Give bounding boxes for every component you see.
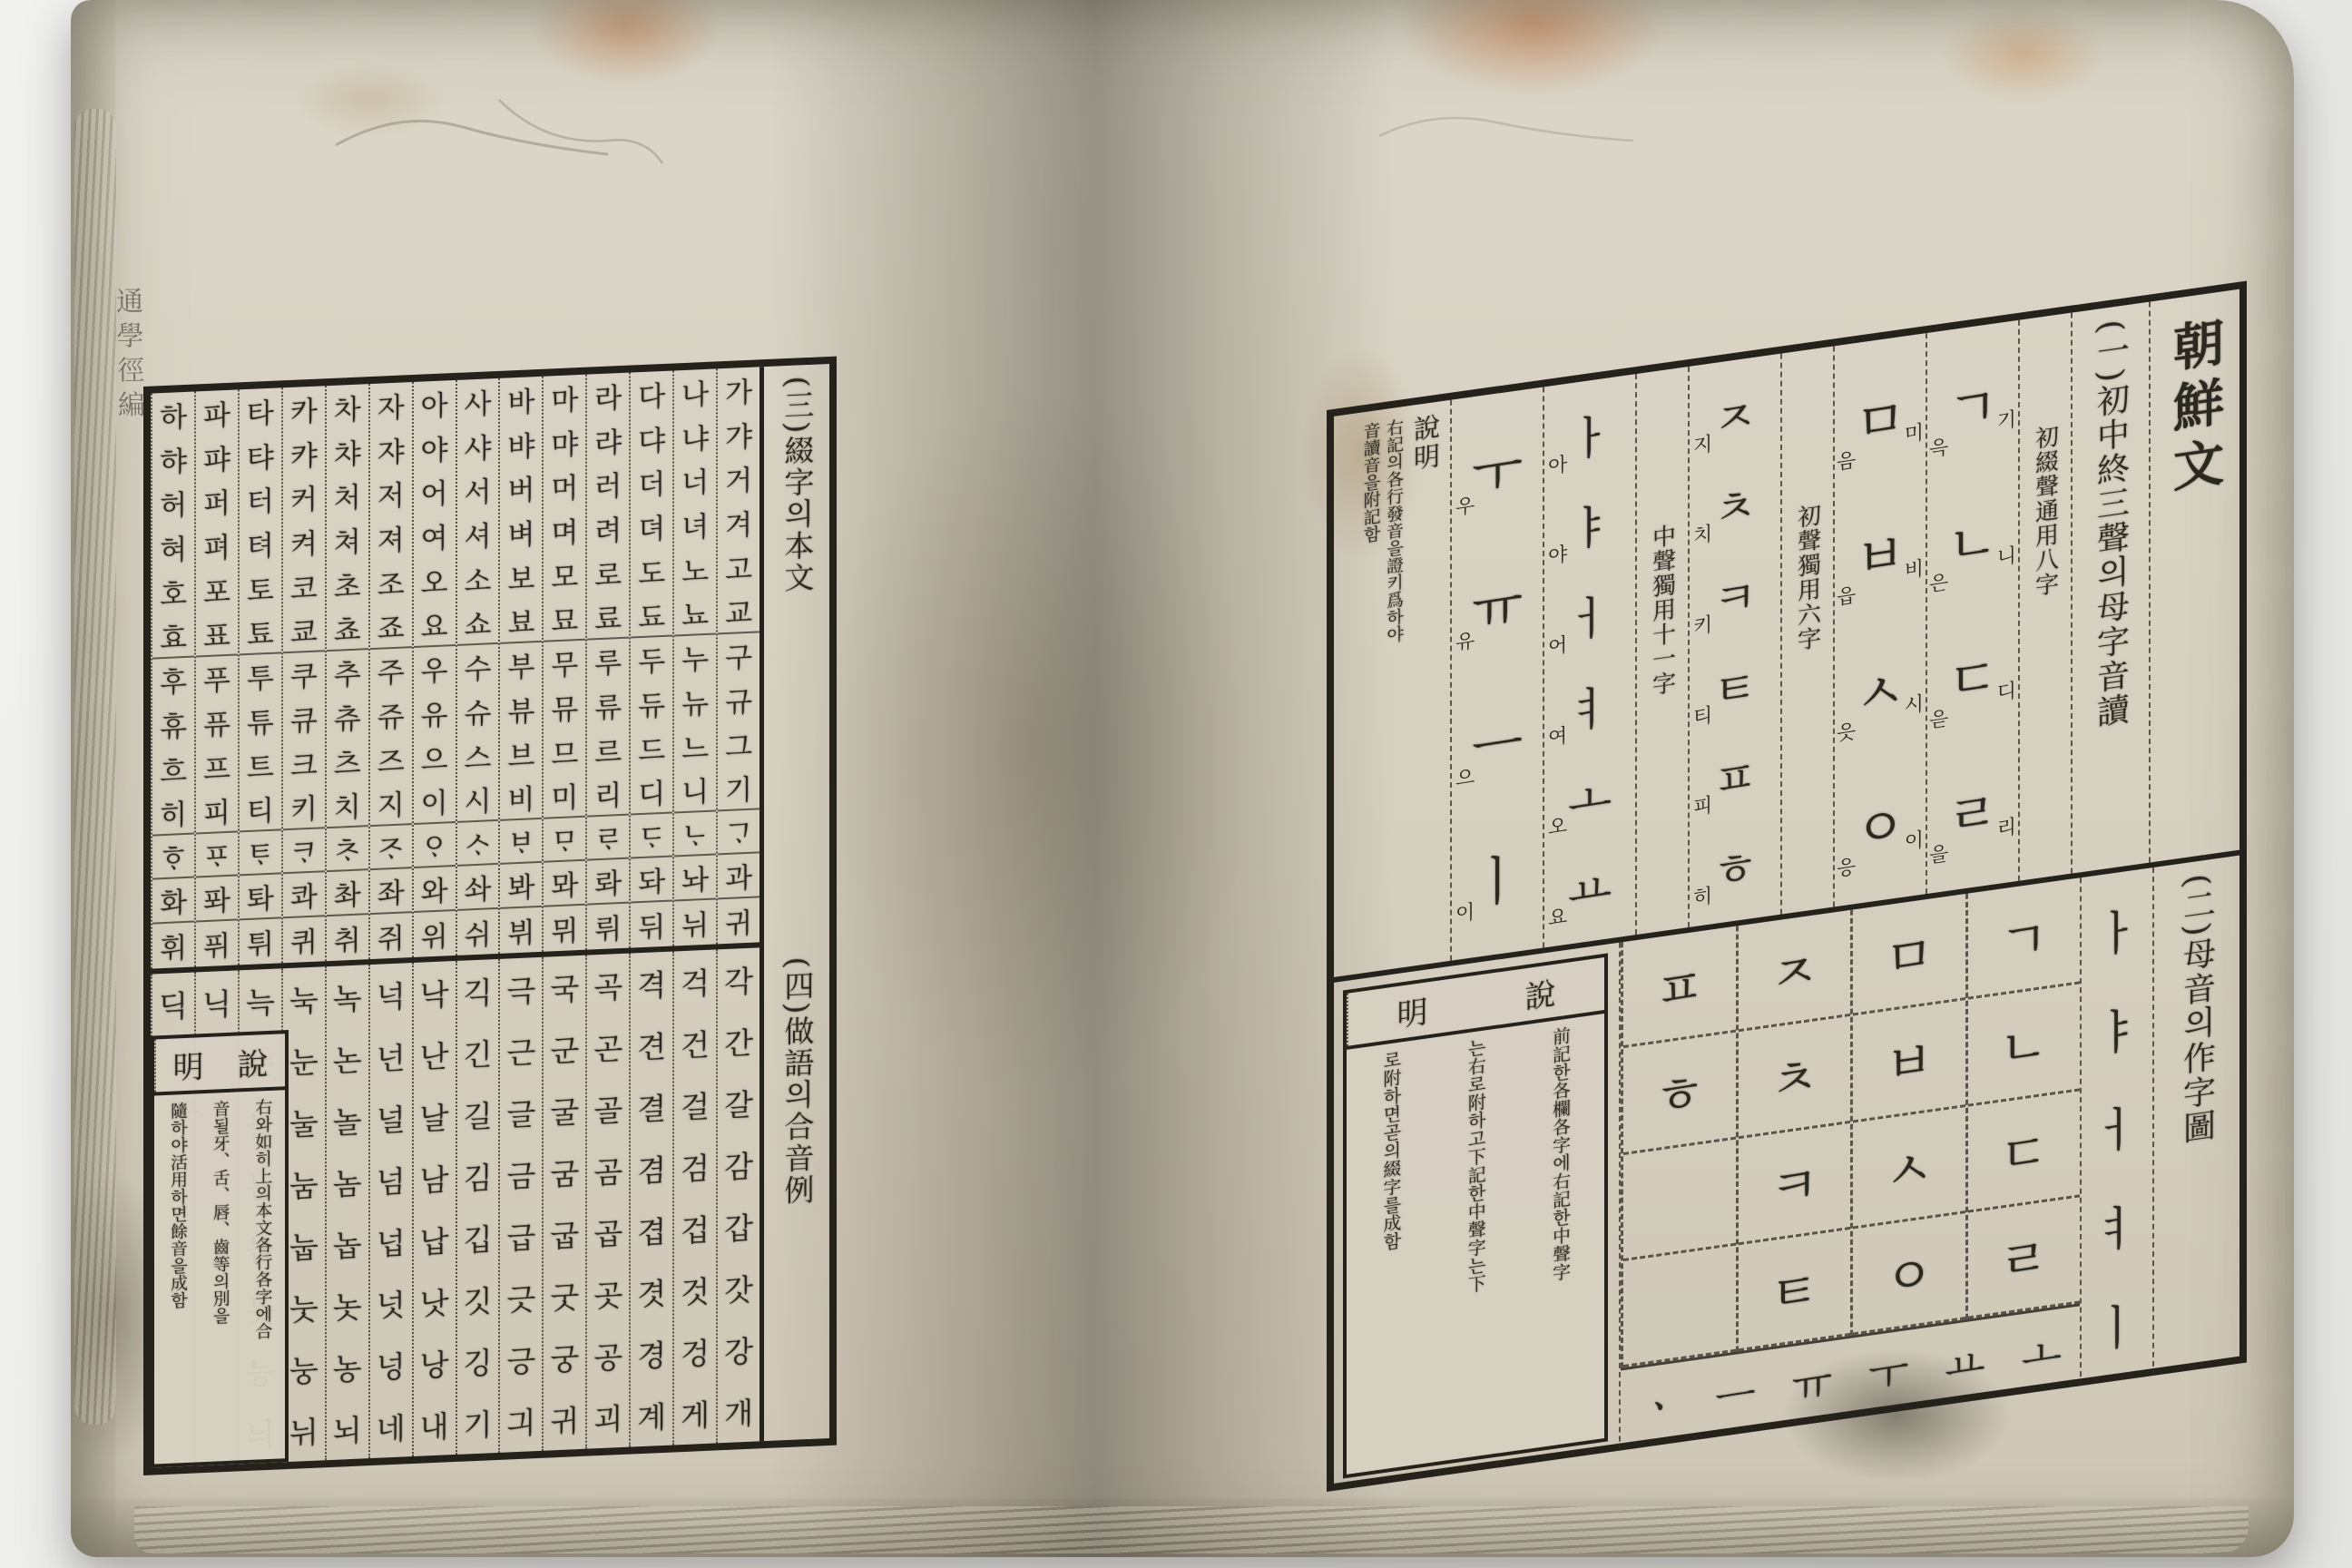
letter-with-name: ㅇ 이 응 (1835, 750, 1926, 898)
syllable-table: 가 갸 거 겨 고 교 구 (151, 367, 759, 968)
cluster-cell: 국 (544, 955, 585, 1019)
syllable-column: 자 쟈 저 져 조 죠 주 (368, 382, 412, 959)
syllable-cell: 돠 (631, 857, 672, 904)
note-box-header: 說 明 (154, 1034, 285, 1095)
vowel-glyph: ㅛ (1568, 851, 1612, 923)
syllable-cell: 벼 (500, 509, 542, 555)
syllable-cell: 퍼 (196, 478, 238, 524)
horizontal-vowel: ㅠ (1774, 1338, 1850, 1429)
syllable-cell: 쿄 (283, 607, 325, 653)
note-header-right: 說 (220, 1034, 285, 1089)
syllable-cell: 쿠 (283, 652, 325, 698)
syllable-cell: 후 (152, 657, 194, 703)
horizontal-vowel: ㅗ (2004, 1306, 2080, 1396)
cluster-cell: 걸 (674, 1073, 716, 1136)
vowel-with-name: ㅑ 야 (1544, 474, 1635, 577)
syllable-cell: ᄂᆞ (674, 811, 716, 857)
syllable-cell: 티 (240, 786, 281, 832)
syllable-cell: 큐 (283, 696, 325, 742)
note-line: 右記의各行發音을證키爲하야 (1385, 417, 1402, 959)
letters-column-giyeok-rieul: ㄱ 기 윽 ㄴ 니 은 ㄷ 디 읃 (1926, 320, 2018, 894)
syllable-cell: 뉘 (674, 900, 716, 946)
cluster-cell: 개 (718, 1379, 759, 1443)
syllable-cell: 퓌 (196, 921, 238, 967)
syllable-cell: ᄋᆞ (414, 823, 456, 869)
syllable-column: 카 캬 커 켜 코 쿄 쿠 (281, 386, 325, 963)
syllable-cell: 커 (283, 475, 325, 521)
syllable-cell: 부 (500, 642, 542, 688)
grid-consonant-cell: ㅌ (1739, 1230, 1851, 1352)
cluster-column: 격 견 결 겸 겹 겻 경 (629, 952, 672, 1447)
syllable-cell: 휴 (152, 701, 194, 748)
cluster-cell: 뇌 (327, 1396, 368, 1460)
syllable-cell: 위 (414, 911, 456, 957)
syllable-cell: 허 (152, 480, 194, 526)
letter-with-name: ㄴ 니 은 (1927, 465, 2018, 613)
cluster-cell: 굿 (544, 1264, 585, 1328)
grid-consonant-cell: ㅈ (1739, 910, 1851, 1033)
syllable-column: 나 냐 너 녀 노 뇨 누 (672, 368, 716, 946)
vowel-with-name: ㅗ 오 (1544, 745, 1635, 848)
letter-name-first: 시 (1905, 689, 1924, 720)
cluster-cell: 겸 (631, 1137, 672, 1200)
syllable-cell: 으 (414, 734, 456, 780)
cluster-cell: 겁 (674, 1196, 716, 1259)
cluster-cell: 긴 (457, 1021, 499, 1084)
syllable-cell: 머 (544, 463, 585, 509)
syllable-cell: 오 (414, 557, 456, 603)
cluster-cell: 금 (500, 1142, 542, 1206)
syllable-cell: 쵸 (327, 605, 368, 652)
vertical-vowel: ㅣ (2082, 1269, 2152, 1378)
syllable-cell: 툐 (240, 609, 281, 655)
syllable-cell: 뒤 (631, 902, 672, 948)
pencil-scribbles-right (1343, 54, 1706, 200)
syllable-cell: 촤 (327, 871, 368, 917)
syllable-cell: 가 (718, 367, 759, 413)
syllable-cell: 차 (327, 384, 368, 430)
cluster-cell: 딕 (152, 973, 194, 1036)
note-line: 音될牙、舌、唇、齒等의別을 (211, 1100, 228, 1455)
syllable-cell: 쳐 (327, 516, 368, 563)
syllable-cell: 다 (631, 371, 672, 417)
cluster-cell: 괴 (587, 1386, 629, 1449)
syllable-cell: ᄌᆞ (370, 825, 412, 871)
syllable-cell: ᄆᆞ (544, 817, 585, 863)
cluster-cell: 낫 (414, 1269, 456, 1333)
letter-name: 지 (1693, 428, 1712, 459)
syllable-cell: 저 (370, 471, 412, 517)
letter-glyph: ㅅ (1855, 646, 1906, 730)
letter-name-first: 리 (1997, 811, 2016, 842)
cluster-cell: 귀 (544, 1387, 585, 1451)
syllable-cell: ᄑᆞ (196, 832, 238, 878)
cluster-cell: 난 (414, 1023, 456, 1086)
syllable-cell: 갸 (718, 411, 759, 457)
cluster-cell: 극 (500, 957, 542, 1021)
page-stack-bottom-edge (134, 1506, 2249, 1553)
syllable-cell: 져 (370, 514, 412, 561)
syllable-cell: 파 (196, 389, 238, 436)
syllable-column: 바 뱌 버 벼 보 뵤 부 (498, 377, 542, 954)
syllable-cell: 뮈 (544, 906, 585, 952)
syllable-cell: 러 (587, 461, 629, 507)
syllable-cell: 우 (414, 646, 456, 692)
syllable-cell: 취 (327, 915, 368, 961)
cluster-cell: 납 (414, 1208, 456, 1271)
cluster-cell: 격 (631, 952, 672, 1015)
cluster-cell: 널 (370, 1086, 412, 1150)
syllable-cell: 미 (544, 773, 585, 819)
syllable-cell: 피 (196, 788, 238, 834)
syllable-cell: 화 (152, 878, 194, 925)
letter-with-name: ㅅ 시 읏 (1835, 613, 1926, 762)
grid-consonant-cell: ㄴ (1968, 985, 2081, 1107)
syllable-cell: 마 (544, 375, 585, 421)
syllable-cell: 디 (631, 769, 672, 815)
syllable-cell: 뉴 (674, 679, 716, 725)
syllable-cell: 튀 (240, 919, 281, 965)
vowel-glyph: ㅣ (1472, 836, 1523, 919)
section-four-title: (四)做語의合音例 (781, 956, 813, 1207)
syllable-cell: 먀 (544, 418, 585, 465)
syllable-cell: 라 (587, 373, 629, 419)
syllable-cell: 추 (327, 650, 368, 696)
vowel-name: 유 (1455, 625, 1475, 656)
left-page-edge-title: 通學徑編 (106, 287, 149, 426)
cluster-cell: 것 (674, 1258, 716, 1321)
cluster-cell: 깃 (457, 1268, 499, 1331)
syllable-cell: 시 (457, 777, 499, 823)
syllable-cell: 봐 (500, 863, 542, 909)
cluster-cell: 놈 (327, 1150, 368, 1213)
letter-name-first: 비 (1905, 553, 1924, 583)
syllable-cell: 튜 (240, 698, 281, 744)
vowel-name: 오 (1548, 810, 1567, 841)
syllable-cell: 르 (587, 727, 629, 773)
syllable-cell: 샤 (457, 423, 499, 469)
cluster-cell: 긍 (500, 1328, 542, 1391)
syllable-cell: 요 (414, 602, 456, 648)
syllable-cell: 탸 (240, 432, 281, 478)
cluster-cell: 눌 (283, 1090, 325, 1153)
cluster-cell: 네 (370, 1395, 412, 1458)
syllable-cell: 쥬 (370, 691, 412, 738)
right-page-table: 朝鮮文 (一)初中終三聲의母字音讀 初綴聲通用八字 ㄱ 기 윽 ㄴ (1327, 280, 2247, 1492)
cluster-column: 낙 난 날 남 납 낫 낭 (412, 961, 456, 1456)
syllable-cell: ᄎᆞ (327, 827, 368, 873)
grid-consonant-cell: ㅊ (1739, 1016, 1851, 1139)
syllable-cell: 펴 (196, 523, 238, 569)
grid-column: ㅈ ㅊ ㅋ ㅌ (1736, 910, 1851, 1352)
horizontal-vowel: ㆍ (1621, 1360, 1697, 1451)
vowel-glyph: ㅜ (1472, 428, 1523, 512)
note-line: 隨하야活用하면餘音을成함 (169, 1102, 186, 1456)
group-initial-only-label: 初聲獨用六字 (1791, 348, 1825, 913)
section-two-heading-column: (二)母音의作字圖 (2152, 856, 2239, 1376)
note-header: 說明 (1407, 412, 1445, 956)
cluster-cell: 넉 (370, 963, 412, 1026)
syllable-cell: 투 (240, 653, 281, 700)
syllable-cell: 뤼 (587, 904, 629, 950)
letter-glyph: ㅊ (1713, 469, 1757, 541)
horizontal-vowel: ㅜ (1850, 1328, 1926, 1418)
syllable-cell: 어 (414, 469, 456, 515)
cluster-cell: 겅 (674, 1319, 716, 1383)
cluster-cell: 군 (544, 1017, 585, 1081)
cluster-cell: 갑 (718, 1194, 759, 1258)
cluster-cell: 걱 (674, 949, 716, 1013)
cluster-cell: 급 (500, 1204, 542, 1268)
letter-name: 피 (1693, 790, 1712, 821)
syllable-cell: 하 (152, 392, 194, 438)
syllable-column: 차 챠 처 쳐 초 쵸 추 (325, 384, 368, 961)
letter-name-first: 이 (1905, 824, 1924, 855)
vowel-glyph: ㅕ (1568, 671, 1612, 742)
syllable-cell: 노 (674, 546, 716, 593)
vowel-with-name: ㅛ 요 (1544, 836, 1635, 939)
syllable-cell: 와 (414, 867, 456, 913)
cluster-cell: 눅 (283, 966, 325, 1030)
syllable-cell: 푸 (196, 655, 238, 701)
cluster-cell: 농 (327, 1335, 368, 1398)
syllable-cell: ᄉᆞ (457, 821, 499, 867)
grid-consonant-cell: ㅍ (1623, 926, 1736, 1049)
cluster-cell: 곤 (587, 1015, 629, 1079)
syllable-cell: 죠 (370, 603, 412, 650)
grid-consonant-cell: ㄷ (1968, 1091, 2081, 1213)
cluster-cell: 넘 (370, 1148, 412, 1211)
letter-name-first: 니 (1997, 540, 2016, 571)
vertical-vowel: ㅑ (2082, 974, 2152, 1083)
syllable-cell: 이 (414, 779, 456, 825)
cluster-cell: 갈 (718, 1071, 759, 1134)
vowel-glyph: ㅗ (1568, 760, 1612, 832)
letter-name: 히 (1693, 880, 1712, 911)
cluster-cell: 검 (674, 1134, 716, 1198)
syllable-cell: 콰 (283, 873, 325, 919)
letter-glyph: ㅍ (1713, 740, 1757, 812)
syllable-cell: 혀 (152, 524, 194, 571)
cluster-cell: 눈 (283, 1028, 325, 1092)
grid-consonant-cell: ㅎ (1623, 1033, 1736, 1155)
vertical-vowel: ㅕ (2082, 1171, 2152, 1279)
grid-consonant-cell: ㅂ (1853, 1000, 1965, 1122)
letter-glyph: ㄷ (1947, 633, 1998, 717)
syllable-cell: 더 (631, 459, 672, 505)
syllable-cell: 여 (414, 513, 456, 559)
cluster-cell: 굽 (544, 1202, 585, 1266)
cluster-cell: 날 (414, 1084, 456, 1148)
cluster-cell: 낭 (414, 1331, 456, 1395)
letter-glyph: ㄱ (1947, 362, 1998, 446)
cluster-cell: 닉 (196, 970, 238, 1034)
vertical-vowel: ㅏ (2082, 875, 2152, 984)
syllable-cell: 거 (718, 456, 759, 502)
cluster-cell: 공 (587, 1324, 629, 1387)
syllable-cell: 타 (240, 387, 281, 434)
vowel-with-name: ㅕ 여 (1544, 654, 1635, 758)
syllable-cell: 유 (414, 690, 456, 736)
syllable-cell: 뎌 (631, 504, 672, 550)
cluster-cell: 내 (414, 1393, 456, 1456)
syllable-cell: 크 (283, 740, 325, 786)
syllable-cell: 리 (587, 771, 629, 818)
cluster-table: 각 간 갈 감 갑 갓 강 (151, 942, 759, 1467)
syllable-cell: 댜 (631, 415, 672, 461)
letter-with-name: ㄷ 디 읃 (1927, 601, 2018, 750)
vowel-name: 여 (1548, 720, 1567, 750)
syllable-cell: 뱌 (500, 421, 542, 467)
vowel-glyph: ㅑ (1568, 489, 1612, 561)
cluster-cell: 깅 (457, 1329, 499, 1393)
cluster-cell: 골 (587, 1077, 629, 1141)
cluster-cell: 굼 (544, 1141, 585, 1204)
cluster-cell: 계 (631, 1384, 672, 1447)
cluster-cell: 눔 (283, 1151, 325, 1215)
syllable-cell: 너 (674, 457, 716, 504)
vowel-name: 으 (1455, 761, 1475, 792)
syllable-cell: 두 (631, 636, 672, 682)
syllable-cell: 로 (587, 550, 629, 596)
syllable-cell: 흐 (152, 746, 194, 792)
note-line: 音讀音을附記함 (1361, 421, 1378, 963)
syllable-cell: 놔 (674, 856, 716, 902)
letter-name-second: 음 (1837, 445, 1856, 475)
vowel-with-name: ㅜ 우 (1452, 397, 1543, 545)
syllable-cell: 쥐 (370, 913, 412, 959)
cluster-cell: 건 (674, 1011, 716, 1074)
cluster-cell: 눕 (283, 1213, 325, 1277)
syllable-cell: 히 (152, 789, 194, 836)
letter-name-second: 윽 (1929, 431, 1948, 462)
letter-name-second: 읏 (1837, 716, 1856, 747)
cluster-cell: 경 (631, 1322, 672, 1386)
cluster-cell: 늑 (240, 968, 281, 1032)
letter-name: 티 (1693, 700, 1712, 730)
syllable-cell: ᄅᆞ (587, 815, 629, 861)
cluster-cell: 근 (500, 1019, 542, 1083)
vowel-name: 이 (1455, 897, 1475, 927)
syllable-cell: 주 (370, 648, 412, 694)
syllable-cell: 쟈 (370, 426, 412, 473)
page-title: 朝鮮文 (2159, 290, 2231, 861)
note-line: 右와如히上의本文各行各字에合 (253, 1098, 270, 1453)
note-line: 前記한各欄各字에右記한中聲字 (1551, 1025, 1569, 1438)
grid-consonant-cell: ㄹ (1968, 1197, 2081, 1319)
syllable-cell: 보 (500, 554, 542, 600)
syllable-cell: 묘 (544, 596, 585, 642)
syllable-cell: 코 (283, 563, 325, 609)
cluster-cell: 깁 (457, 1206, 499, 1269)
syllable-cell: 귀 (718, 898, 759, 945)
group-medial-label: 中聲獨用十一字 (1646, 367, 1680, 933)
letter-glyph: ㅈ (1713, 378, 1757, 450)
syllable-cell: 수 (457, 644, 499, 691)
syllable-cell: ᄐᆞ (240, 830, 281, 877)
page-title-column: 朝鮮文 (2149, 289, 2239, 863)
cluster-cell: 김 (457, 1144, 499, 1208)
letter-with-name: ㅌ 티 (1690, 634, 1780, 738)
syllable-cell: 쉬 (457, 909, 499, 955)
syllable-column: 마 먀 머 며 모 묘 무 (542, 375, 585, 952)
syllable-cell: 퐈 (196, 877, 238, 923)
letter-glyph: ㅎ (1713, 831, 1757, 903)
vowel-with-name: ㅣ 이 (1452, 803, 1543, 952)
syllable-cell: 뫄 (544, 861, 585, 907)
cluster-cell: 곳 (587, 1262, 629, 1326)
letter-with-name: ㅈ 지 (1690, 363, 1780, 466)
syllable-cell: 즈 (370, 736, 412, 782)
cluster-cell: 겹 (631, 1199, 672, 1262)
syllable-cell: 료 (587, 593, 629, 640)
grid-column: ㅁ ㅂ ㅅ ㅇ (1850, 894, 1965, 1336)
syllable-cell: 서 (457, 466, 499, 513)
cluster-cell: 게 (674, 1381, 716, 1445)
note-header-left: 明 (154, 1036, 220, 1092)
syllable-cell: 카 (283, 386, 325, 432)
photo-backdrop: 通學徑編 三 (三)綴字의本文 (四)做語의合音例 가 갸 (0, 0, 2352, 1568)
syllable-cell: 려 (587, 505, 629, 552)
vowel-name: 어 (1548, 630, 1567, 661)
vowel-name: 야 (1548, 539, 1567, 570)
vowel-glyph: ㅓ (1568, 580, 1612, 652)
syllable-cell: 류 (587, 682, 629, 729)
letter-with-name: ㅂ 비 읍 (1835, 478, 1926, 627)
syllable-cell: 챠 (327, 428, 368, 475)
syllable-cell: ᄏᆞ (283, 828, 325, 875)
syllable-cell: 냐 (674, 413, 716, 459)
syllable-cell: 뮤 (544, 684, 585, 730)
letter-name-second: 을 (1929, 838, 1948, 869)
cluster-column: 국 군 굴 굼 굽 굿 궁 (542, 955, 585, 1451)
syllable-cell: 사 (457, 378, 499, 425)
syllable-cell: 도 (631, 548, 672, 594)
grid-consonant-cell: ㅁ (1853, 894, 1965, 1016)
letter-name: 치 (1693, 519, 1712, 550)
letter-glyph: ㅋ (1713, 560, 1757, 632)
syllable-cell: 누 (674, 634, 716, 681)
syllable-cell: 그 (718, 720, 759, 767)
cluster-cell: 강 (718, 1318, 759, 1381)
cluster-cell: 뉘 (283, 1398, 325, 1462)
letter-name-second: 읃 (1929, 702, 1948, 733)
syllable-cell: 처 (327, 473, 368, 519)
syllable-column: 가 갸 거 겨 고 교 구 (716, 367, 759, 944)
section-one-heading-column: (一)初中終三聲의母字音讀 (2071, 302, 2149, 874)
letter-with-name: ㅎ 히 (1690, 815, 1780, 918)
syllable-cell: 브 (500, 730, 542, 777)
cluster-cell: 놀 (327, 1088, 368, 1151)
letter-with-name: ㄱ 기 윽 (1927, 329, 2018, 478)
syllable-cell: ᄇᆞ (500, 819, 542, 866)
letter-name-first: 미 (1905, 417, 1924, 448)
letter-name: 키 (1693, 609, 1712, 640)
vowel-with-name: ㅏ 아 (1544, 383, 1635, 486)
syllable-column: 아 야 어 여 오 요 우 (412, 380, 456, 957)
left-table-header-column: (三)綴字의本文 (四)做語의合音例 (759, 364, 829, 1441)
section-one-heading: (一)初中終三聲의母字音讀 (2088, 304, 2134, 871)
syllable-cell: 퀴 (283, 916, 325, 963)
syllable-cell: 아 (414, 380, 456, 426)
syllable-cell: 나 (674, 368, 716, 415)
syllable-cell: 뵤 (500, 598, 542, 644)
letter-glyph: ㅌ (1713, 650, 1757, 721)
syllable-cell: 므 (544, 729, 585, 775)
letter-name-first: 디 (1997, 675, 2016, 706)
cluster-cell: 곰 (587, 1139, 629, 1202)
letter-with-name: ㅋ 키 (1690, 544, 1780, 647)
